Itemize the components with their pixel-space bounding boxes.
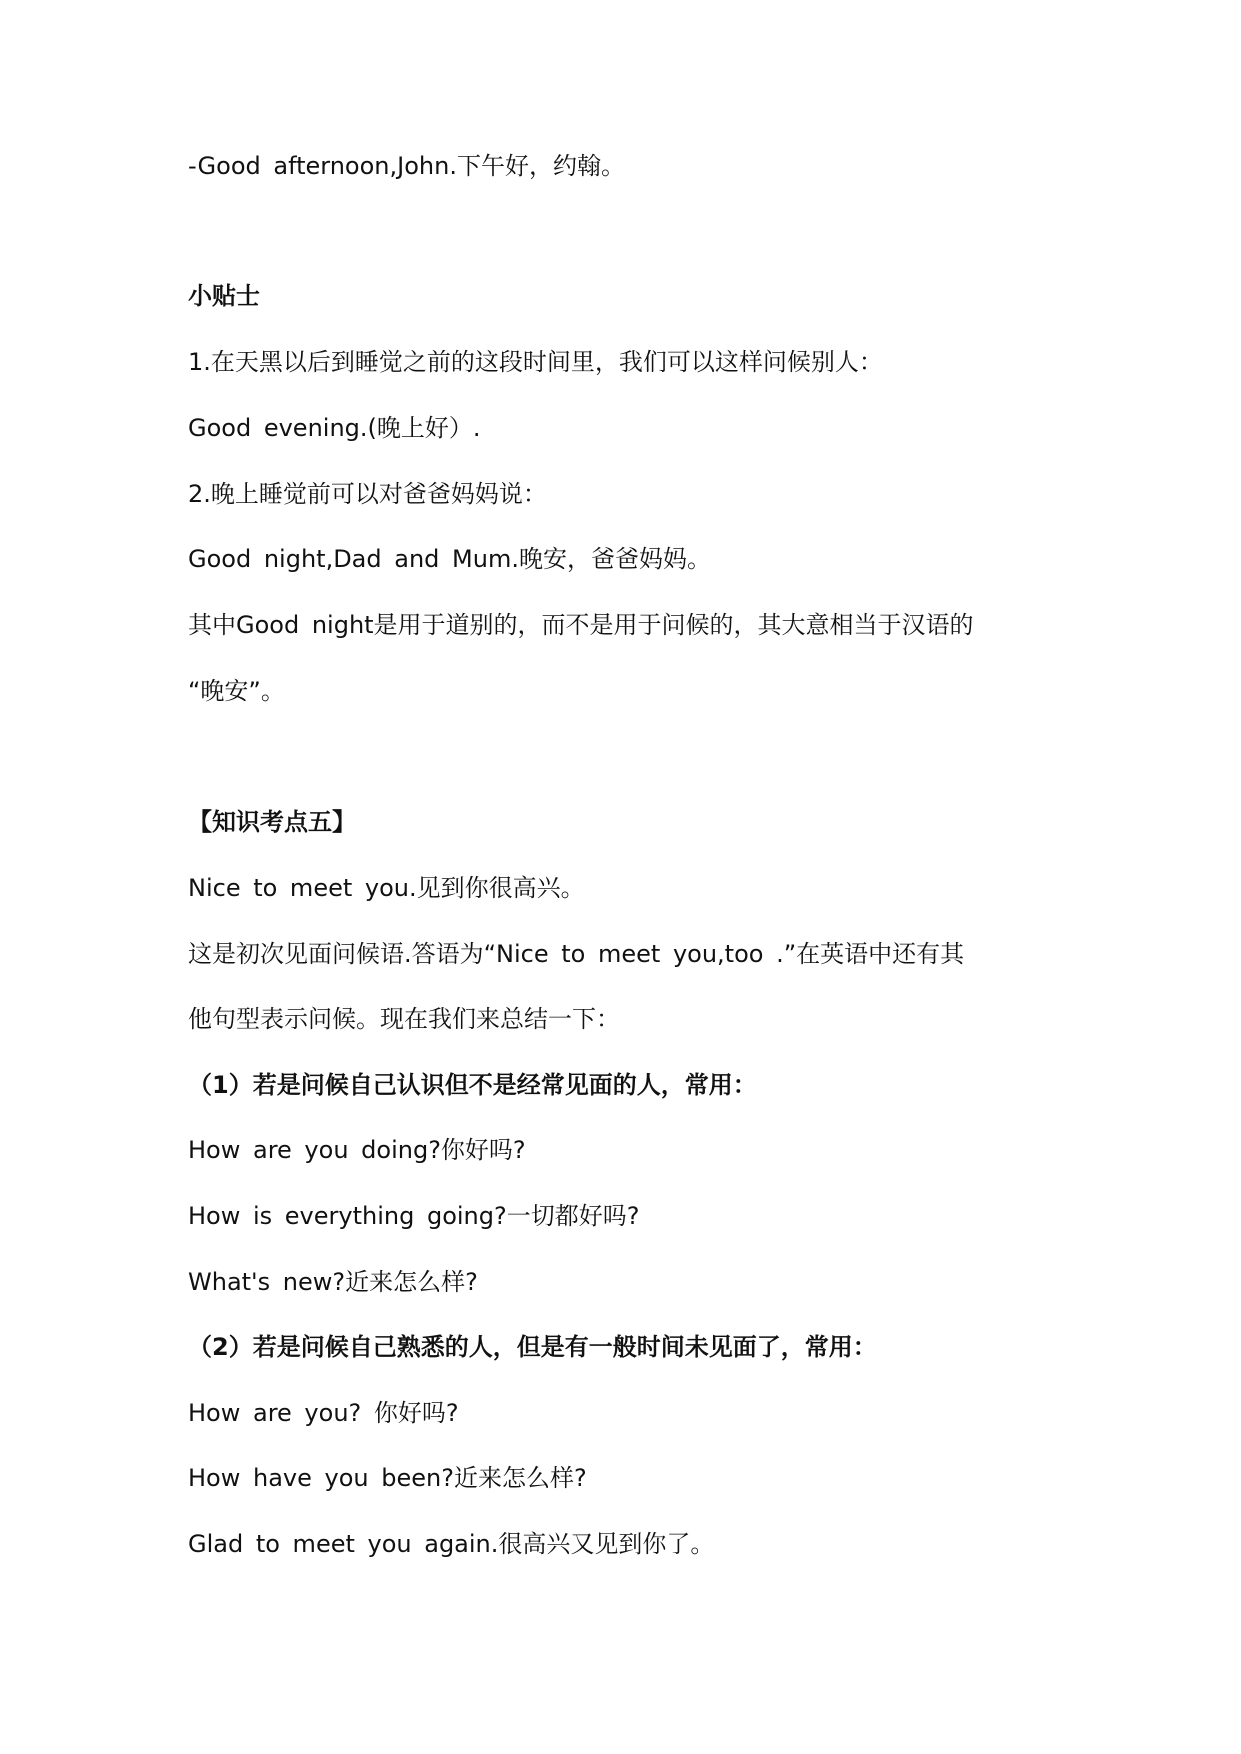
- text-line: How are you? 你好吗?: [188, 1397, 459, 1429]
- text-line: What's new?近来怎么样?: [188, 1266, 478, 1298]
- text-line: 2.晚上睡觉前可以对爸爸妈妈说：: [188, 478, 547, 510]
- text-line: 1.在天黑以后到睡觉之前的这段时间里，我们可以这样问候别人：: [188, 346, 883, 378]
- section-heading: （1）若是问候自己认识但不是经常见面的人，常用：: [188, 1069, 757, 1101]
- text-line: How is everything going?一切都好吗?: [188, 1200, 639, 1232]
- text-line: -Good afternoon,John.下午好，约翰。: [188, 150, 625, 182]
- text-line: “晚安”。: [188, 675, 285, 707]
- text-line: Nice to meet you.见到你很高兴。: [188, 872, 585, 904]
- text-line: 这是初次见面问候语.答语为“Nice to meet you,too .”在英语…: [188, 938, 964, 970]
- section-heading: 小贴士: [188, 280, 260, 312]
- text-line: Glad to meet you again.很高兴又见到你了。: [188, 1528, 714, 1560]
- text-line: 其中Good night是用于道别的，而不是用于问候的，其大意相当于汉语的: [188, 609, 974, 641]
- text-line: Good evening.(晚上好）.: [188, 412, 481, 444]
- section-heading: （2）若是问候自己熟悉的人，但是有一般时间未见面了，常用：: [188, 1331, 877, 1363]
- text-line: Good night,Dad and Mum.晚安，爸爸妈妈。: [188, 543, 711, 575]
- text-line: 他句型表示问候。现在我们来总结一下：: [188, 1003, 620, 1035]
- text-line: How are you doing?你好吗?: [188, 1134, 526, 1166]
- section-heading: 【知识考点五】: [188, 806, 356, 838]
- text-line: How have you been?近来怎么样?: [188, 1462, 587, 1494]
